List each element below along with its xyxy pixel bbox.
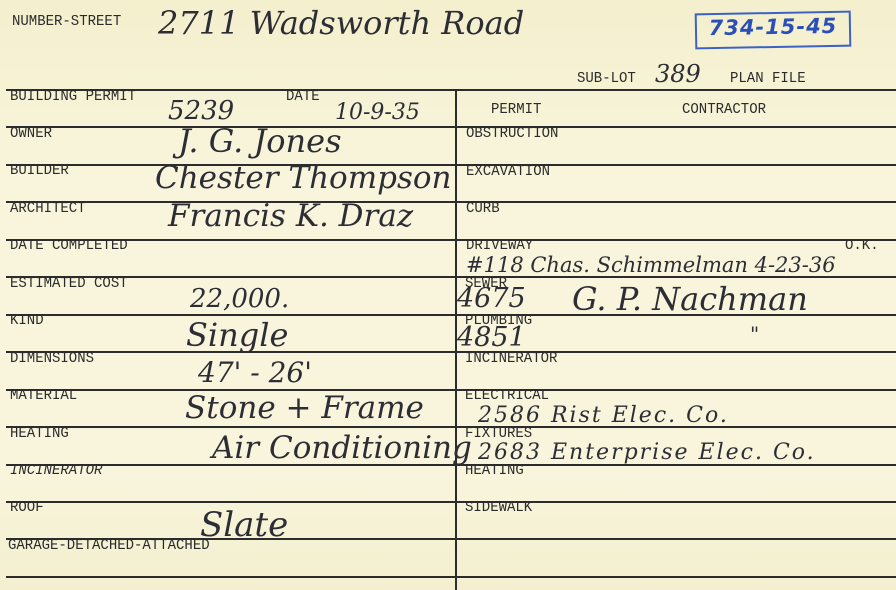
sublot-label: SUB-LOT xyxy=(577,71,636,88)
incinerator-right-label: INCINERATOR xyxy=(465,351,557,368)
kind-value: Single xyxy=(186,316,288,354)
obstruction-label: OBSTRUCTION xyxy=(466,126,558,143)
rule xyxy=(6,201,896,203)
dimensions-label: DIMENSIONS xyxy=(10,351,94,368)
rule xyxy=(6,426,896,428)
roof-label: ROOF xyxy=(10,500,44,517)
architect-label: ARCHITECT xyxy=(10,201,86,218)
electrical-value: 2586 Rist Elec. Co. xyxy=(478,403,729,428)
owner-label: OWNER xyxy=(10,126,52,143)
builder-label: BUILDER xyxy=(10,163,69,180)
date-label: DATE xyxy=(286,89,320,106)
building-record-card: NUMBER-STREET 2711 Wadsworth Road 734-15… xyxy=(0,0,896,590)
sidewalk-label: SIDEWALK xyxy=(465,500,532,517)
rule xyxy=(6,239,896,241)
sublot-value: 389 xyxy=(655,60,701,88)
rule xyxy=(6,389,896,391)
roof-value: Slate xyxy=(200,505,288,545)
rule xyxy=(6,576,896,578)
sewer-permit: 4675 xyxy=(457,283,526,314)
contractor-header: CONTRACTOR xyxy=(682,102,766,119)
date-value: 10-9-35 xyxy=(335,100,420,125)
heating-label: HEATING xyxy=(10,426,69,443)
fixtures-value: 2683 Enterprise Elec. Co. xyxy=(478,440,816,465)
rule xyxy=(6,126,896,128)
building-permit-label: BUILDING PERMIT xyxy=(10,89,136,106)
material-value: Stone + Frame xyxy=(185,390,424,426)
dimensions-value: 47' - 26' xyxy=(198,356,312,389)
file-number: 734-15-45 xyxy=(697,14,849,41)
number-street-value: 2711 Wadsworth Road xyxy=(158,4,524,42)
driveway-label: DRIVEWAY xyxy=(466,238,533,255)
plumbing-contractor-ditto: " xyxy=(750,322,759,346)
estimated-cost-value: 22,000. xyxy=(190,284,289,314)
estimated-cost-label: ESTIMATED COST xyxy=(10,276,128,293)
number-street-label: NUMBER-STREET xyxy=(12,14,121,31)
date-completed-label: DATE COMPLETED xyxy=(10,238,128,255)
builder-value: Chester Thompson xyxy=(155,160,452,196)
architect-value: Francis K. Draz xyxy=(168,198,413,234)
curb-label: CURB xyxy=(466,201,500,218)
plan-file-label: PLAN FILE xyxy=(730,71,806,88)
owner-value: J. G. Jones xyxy=(178,122,342,160)
kind-label: KIND xyxy=(10,313,44,330)
rule xyxy=(6,501,896,503)
electrical-label: ELECTRICAL xyxy=(465,388,549,405)
heating-right-label: HEATING xyxy=(465,463,524,480)
material-label: MATERIAL xyxy=(10,388,77,405)
garage-label: GARAGE-DETACHED-ATTACHED xyxy=(8,538,210,555)
plumbing-permit: 4851 xyxy=(457,322,526,353)
rule xyxy=(6,351,896,353)
driveway-value: #118 Chas. Schimmelman 4-23-36 xyxy=(466,253,836,277)
sewer-contractor: G. P. Nachman xyxy=(572,280,808,318)
driveway-ok: O.K. xyxy=(845,238,879,255)
permit-header: PERMIT xyxy=(491,102,541,119)
file-number-stamp: 734-15-45 xyxy=(695,11,852,50)
excavation-label: EXCAVATION xyxy=(466,164,550,181)
rule xyxy=(6,89,896,91)
heating-value: Air Conditioning xyxy=(212,430,472,466)
incinerator-label: INCINERATOR xyxy=(10,463,102,480)
